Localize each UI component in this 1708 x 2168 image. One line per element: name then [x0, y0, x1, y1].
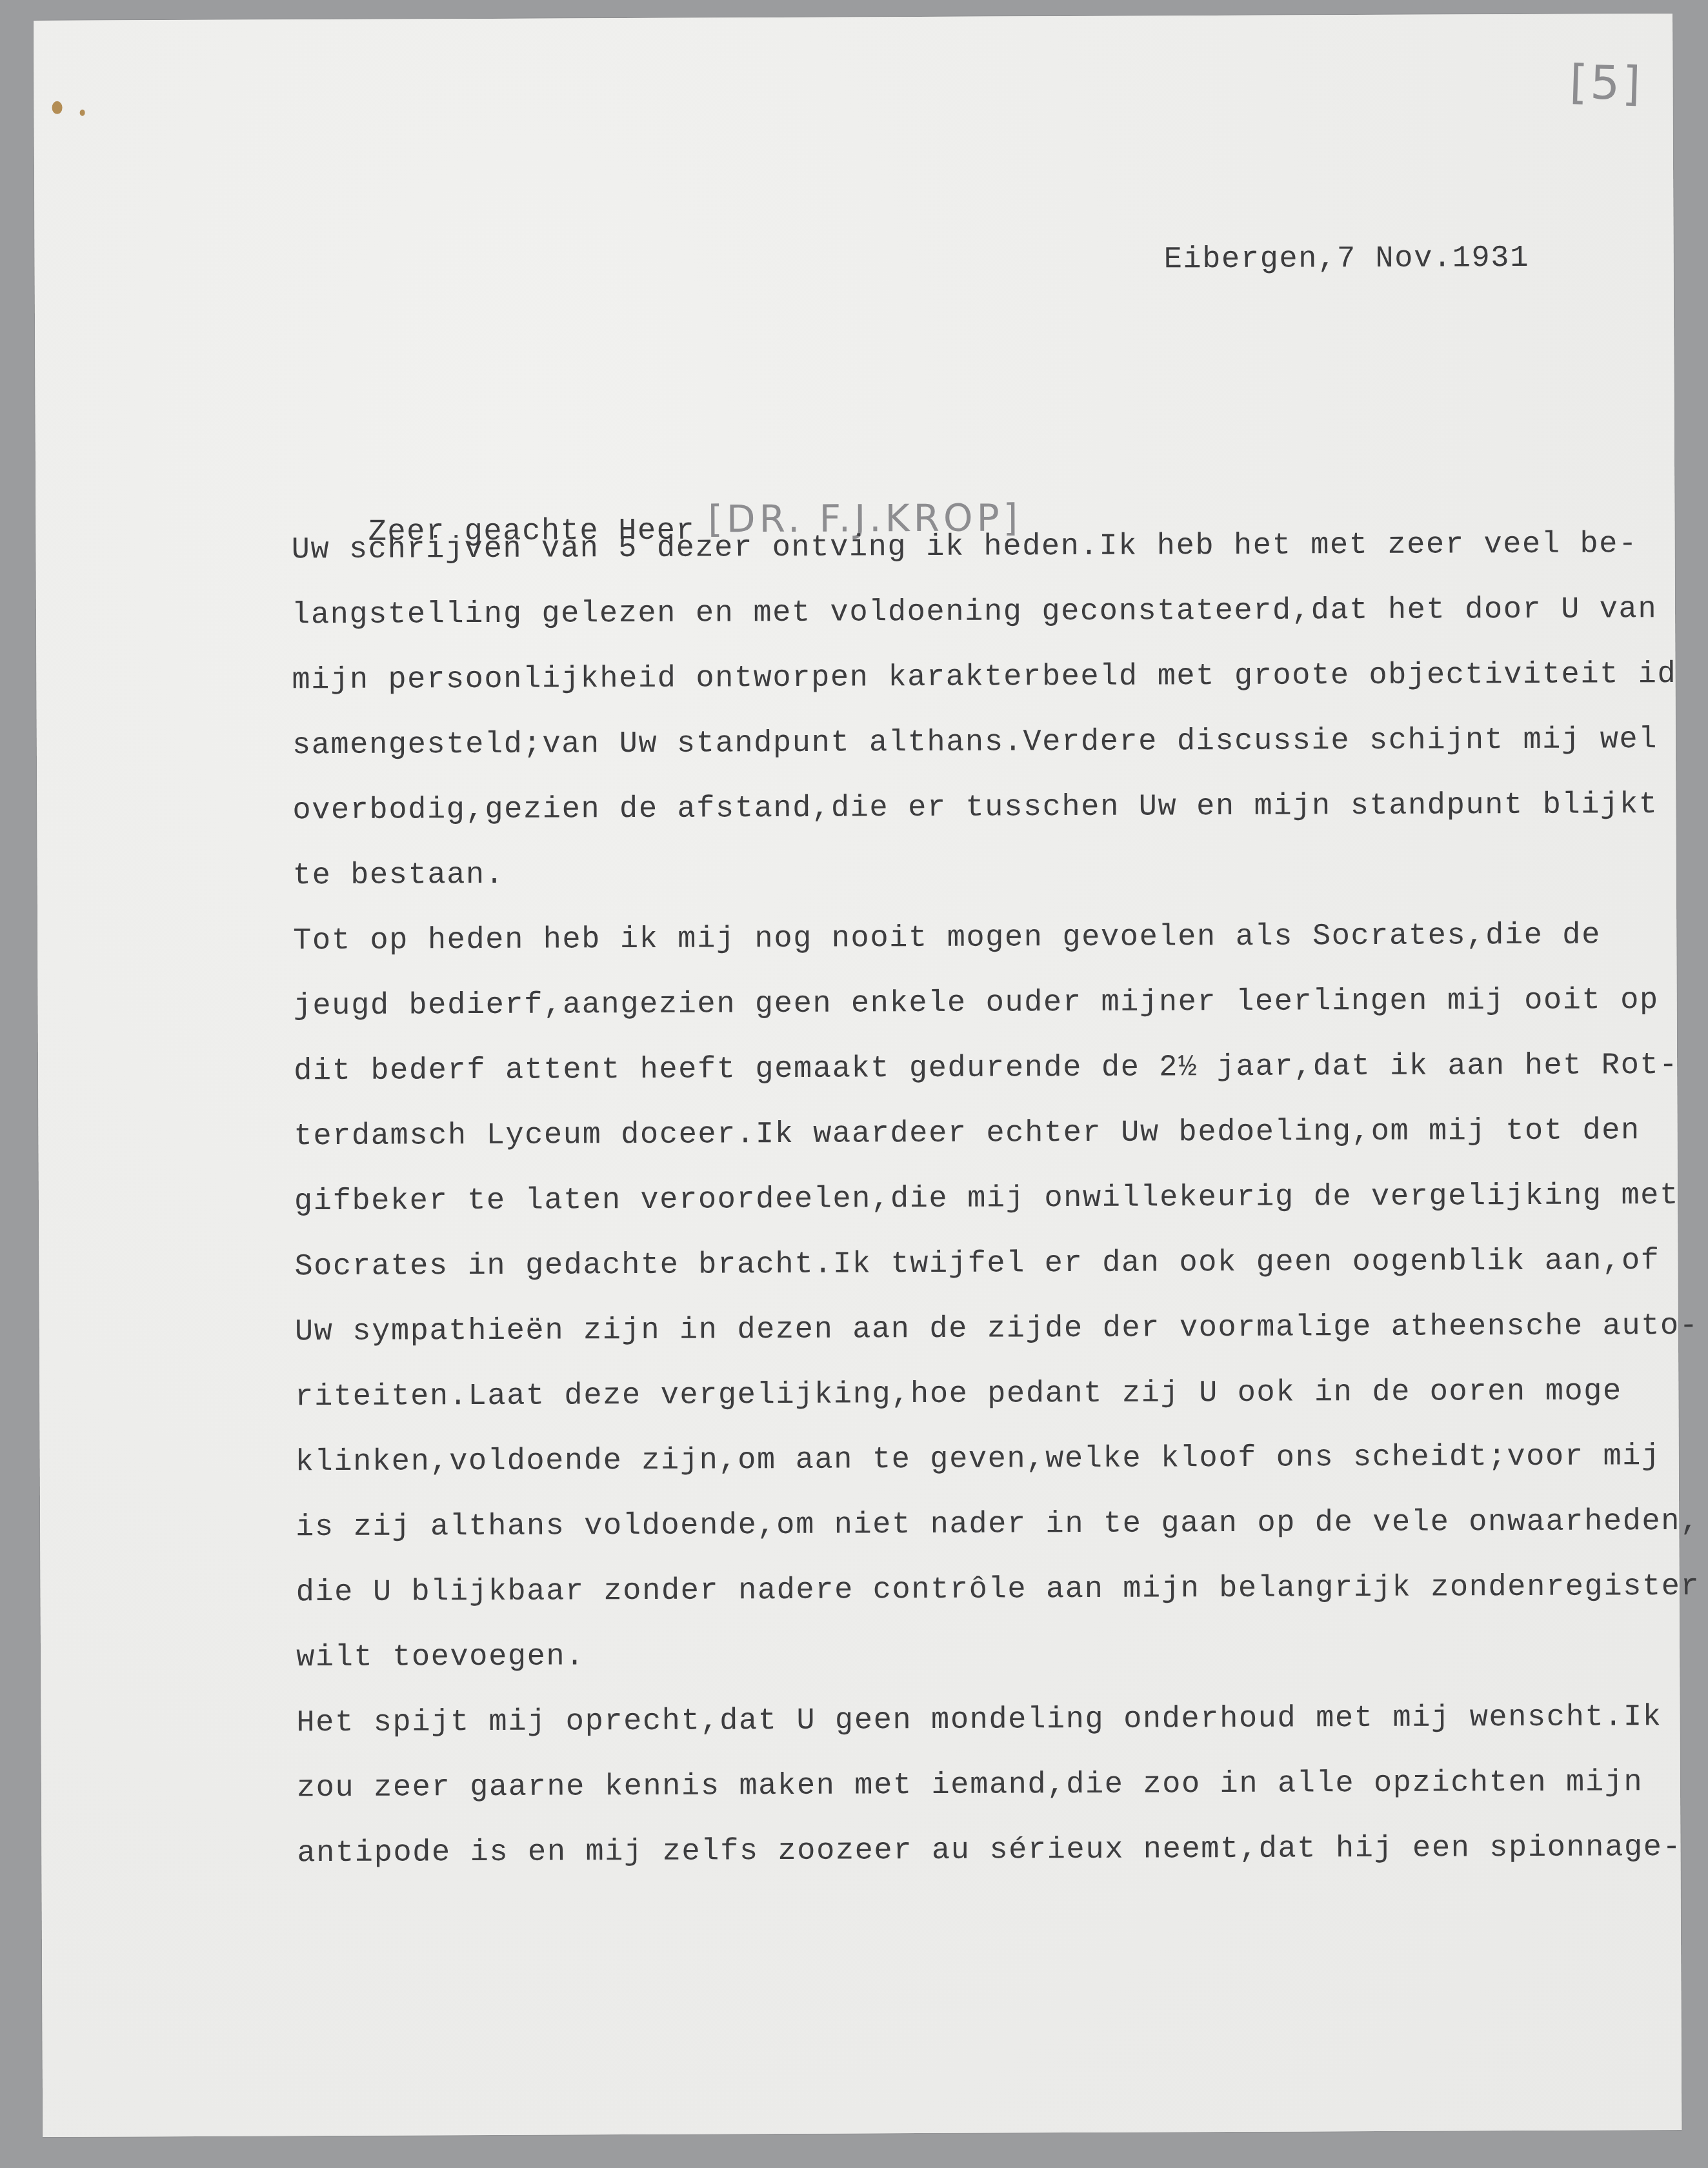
body-line: jeugd bedierf,aangezien geen enkele oude…	[294, 983, 1659, 1023]
body-line: die U blijkbaar zonder nadere contrôle a…	[296, 1570, 1700, 1610]
body-line: is zij althans voldoende,om niet nader i…	[296, 1505, 1700, 1545]
body-line: zou zeer gaarne kennis maken met iemand,…	[297, 1765, 1643, 1805]
page-number-annotation: [5]	[1569, 55, 1644, 111]
body-line: Uw sympathieën zijn in dezen aan de zijd…	[295, 1309, 1699, 1349]
body-line: Socrates in gedachte bracht.Ik twijfel e…	[294, 1244, 1660, 1284]
body-line: te bestaan.	[293, 858, 505, 893]
body-line: terdamsch Lyceum doceer.Ik waardeer echt…	[294, 1114, 1640, 1154]
body-line: wilt toevoegen.	[296, 1640, 585, 1675]
stain-mark	[52, 101, 63, 114]
body-line: dit bederf attent heeft gemaakt gedurend…	[294, 1049, 1678, 1089]
body-line: klinken,voldoende zijn,om aan te geven,w…	[296, 1440, 1661, 1480]
body-line: antipode is en mij zelfs zoozeer au séri…	[297, 1831, 1682, 1871]
place-date: Eibergen,7 Nov.1931	[1164, 241, 1530, 277]
body-line: Tot op heden heb ik mij nog nooit mogen …	[293, 918, 1601, 958]
body-line: riteiten.Laat deze vergelijking,hoe peda…	[295, 1374, 1622, 1414]
body-line: Uw schrijven van 5 dezer ontving ik hede…	[291, 527, 1638, 567]
body-line: samengesteld;van Uw standpunt althans.Ve…	[292, 723, 1658, 763]
stain-mark	[80, 110, 85, 116]
letter-page: [5] Eibergen,7 Nov.1931 Zeer geachte Hee…	[34, 14, 1682, 2137]
body-line: mijn persoonlijkheid ontworpen karakterb…	[292, 657, 1676, 698]
body-line: gifbeker te laten veroordeelen,die mij o…	[294, 1179, 1679, 1219]
body-line: Het spijt mij oprecht,dat U geen mondeli…	[296, 1700, 1662, 1740]
body-line: langstelling gelezen en met voldoening g…	[292, 592, 1657, 632]
body-line: overbodig,gezien de afstand,die er tussc…	[292, 788, 1658, 828]
